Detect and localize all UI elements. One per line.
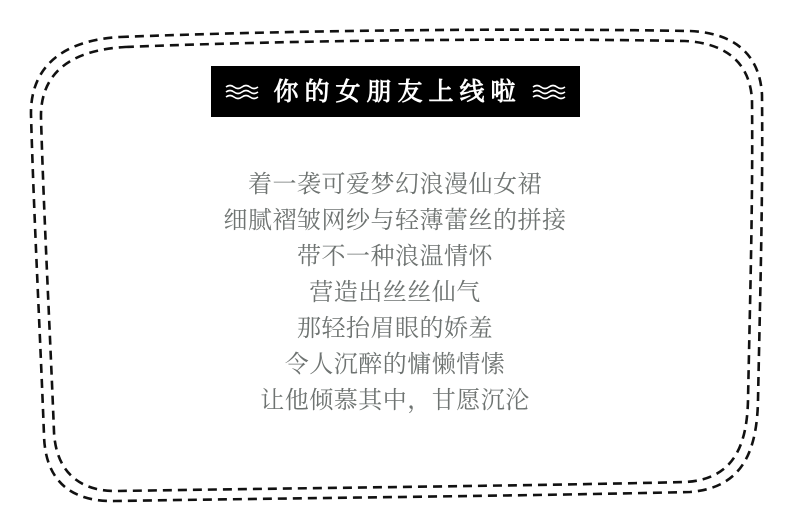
poem-line: 带不一种浪温情怀 bbox=[0, 238, 790, 274]
wave-icon-left bbox=[225, 83, 259, 101]
poem-line: 营造出丝丝仙气 bbox=[0, 274, 790, 310]
poem-line: 令人沉醉的慵懒情愫 bbox=[0, 346, 790, 382]
title-text: 你的女朋友上线啦 bbox=[269, 66, 521, 117]
poem-line: 着一袭可爱梦幻浪漫仙女裙 bbox=[0, 166, 790, 202]
poem-body: 着一袭可爱梦幻浪漫仙女裙 细腻褶皱网纱与轻薄蕾丝的拼接 带不一种浪温情怀 营造出… bbox=[0, 166, 790, 418]
wave-icon-right bbox=[532, 83, 566, 101]
poem-line: 让他倾慕其中，甘愿沉沦 bbox=[0, 382, 790, 418]
poem-line: 细腻褶皱网纱与轻薄蕾丝的拼接 bbox=[0, 202, 790, 238]
title-banner: 你的女朋友上线啦 bbox=[211, 66, 580, 117]
poem-line: 那轻抬眉眼的娇羞 bbox=[0, 310, 790, 346]
